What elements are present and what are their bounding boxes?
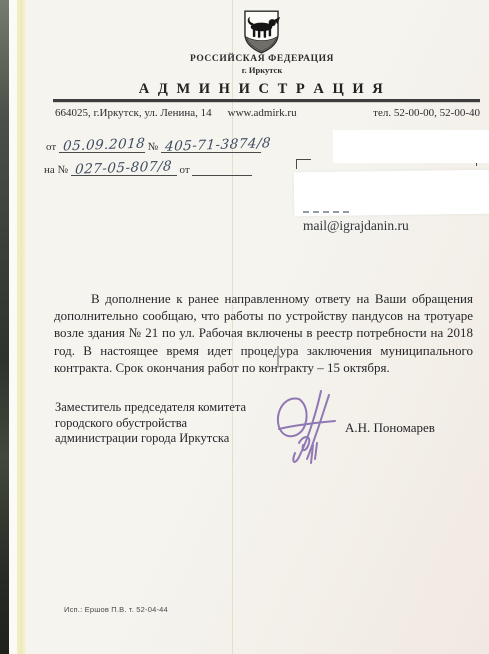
letterhead-country: РОССИЙСКАЯ ФЕДЕРАЦИЯ xyxy=(0,54,489,64)
scan-edge-dark-strip xyxy=(0,0,9,654)
incoming-suffix: от xyxy=(180,164,190,176)
outgoing-date-field: 05.09.2018 xyxy=(59,140,145,153)
letterhead-address-line: 664025, г.Иркутск, ул. Ленина, 14www.adm… xyxy=(55,107,297,119)
signer-position-line: городского обустройства xyxy=(55,416,246,432)
recipient-email: mail@igrajdanin.ru xyxy=(303,218,409,234)
incoming-number-field: 027-05-807/8 xyxy=(71,163,177,176)
letterhead-phones: тел. 52-00-00, 52-00-40 xyxy=(373,107,480,119)
letterhead-website: www.admirk.ru xyxy=(228,107,297,119)
signer-position-block: Заместитель председателя комитета городс… xyxy=(55,400,246,447)
incoming-reference-line: на № 027-05-807/8 от xyxy=(44,163,252,176)
handwritten-outgoing-date: 05.09.2018 xyxy=(62,136,145,155)
signer-position-line: Заместитель председателя комитета xyxy=(55,400,246,416)
scanned-letter-page: РОССИЙСКАЯ ФЕДЕРАЦИЯ г. Иркутск А Д М И … xyxy=(0,0,489,654)
irkutsk-coat-of-arms-icon xyxy=(238,9,285,55)
signer-name: А.Н. Пономарев xyxy=(345,420,435,436)
redacted-text-remnant xyxy=(303,211,349,213)
executor-note: Исп.: Ершов П.В. т. 52-04-44 xyxy=(64,605,168,614)
outgoing-prefix: от xyxy=(46,141,56,153)
scan-edge-light-strip xyxy=(9,0,17,654)
handwritten-incoming-number: 027-05-807/8 xyxy=(74,158,172,177)
letterhead-org-title: А Д М И Н И С Т Р А Ц И Я xyxy=(0,81,489,98)
scan-edge-yellow-stripe xyxy=(17,0,26,654)
redaction-box-top xyxy=(333,130,489,163)
outgoing-number-field: 405-71-3874/8 xyxy=(161,140,261,153)
outgoing-number-sign: № xyxy=(148,141,159,153)
redaction-box-recipient xyxy=(294,170,489,216)
letterhead-city: г. Иркутск xyxy=(0,65,489,75)
letter-body-paragraph: В дополнение к ранее направленному ответ… xyxy=(54,290,473,376)
scan-artifact-line xyxy=(277,346,279,368)
handwritten-signature xyxy=(268,385,350,475)
incoming-date-field xyxy=(192,163,252,176)
letterhead-contacts: 664025, г.Иркутск, ул. Ленина, 14www.adm… xyxy=(55,107,480,119)
handwritten-outgoing-number: 405-71-3874/8 xyxy=(164,135,271,155)
incoming-prefix: на № xyxy=(44,164,68,176)
outgoing-reference-line: от 05.09.2018 № 405-71-3874/8 xyxy=(46,140,261,153)
signer-position-line: администрации города Иркутска xyxy=(55,431,246,447)
recipient-corner-mark-left xyxy=(296,159,311,169)
letterhead-rule xyxy=(53,99,480,102)
letterhead-address: 664025, г.Иркутск, ул. Ленина, 14 xyxy=(55,107,212,119)
